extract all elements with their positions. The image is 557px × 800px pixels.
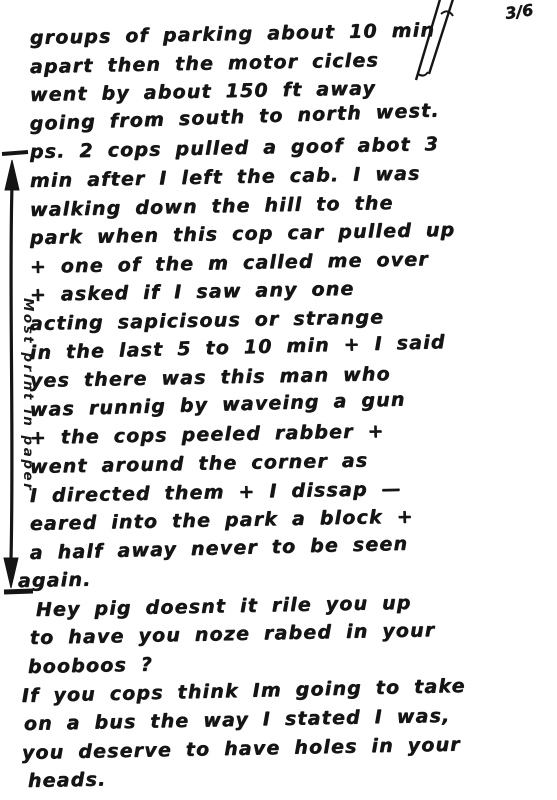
scanned-letter-page: 3/6 Most print in paper groups of parkin… [0, 0, 557, 800]
letter-lines: groups of parking about 10 minapart then… [30, 24, 553, 796]
